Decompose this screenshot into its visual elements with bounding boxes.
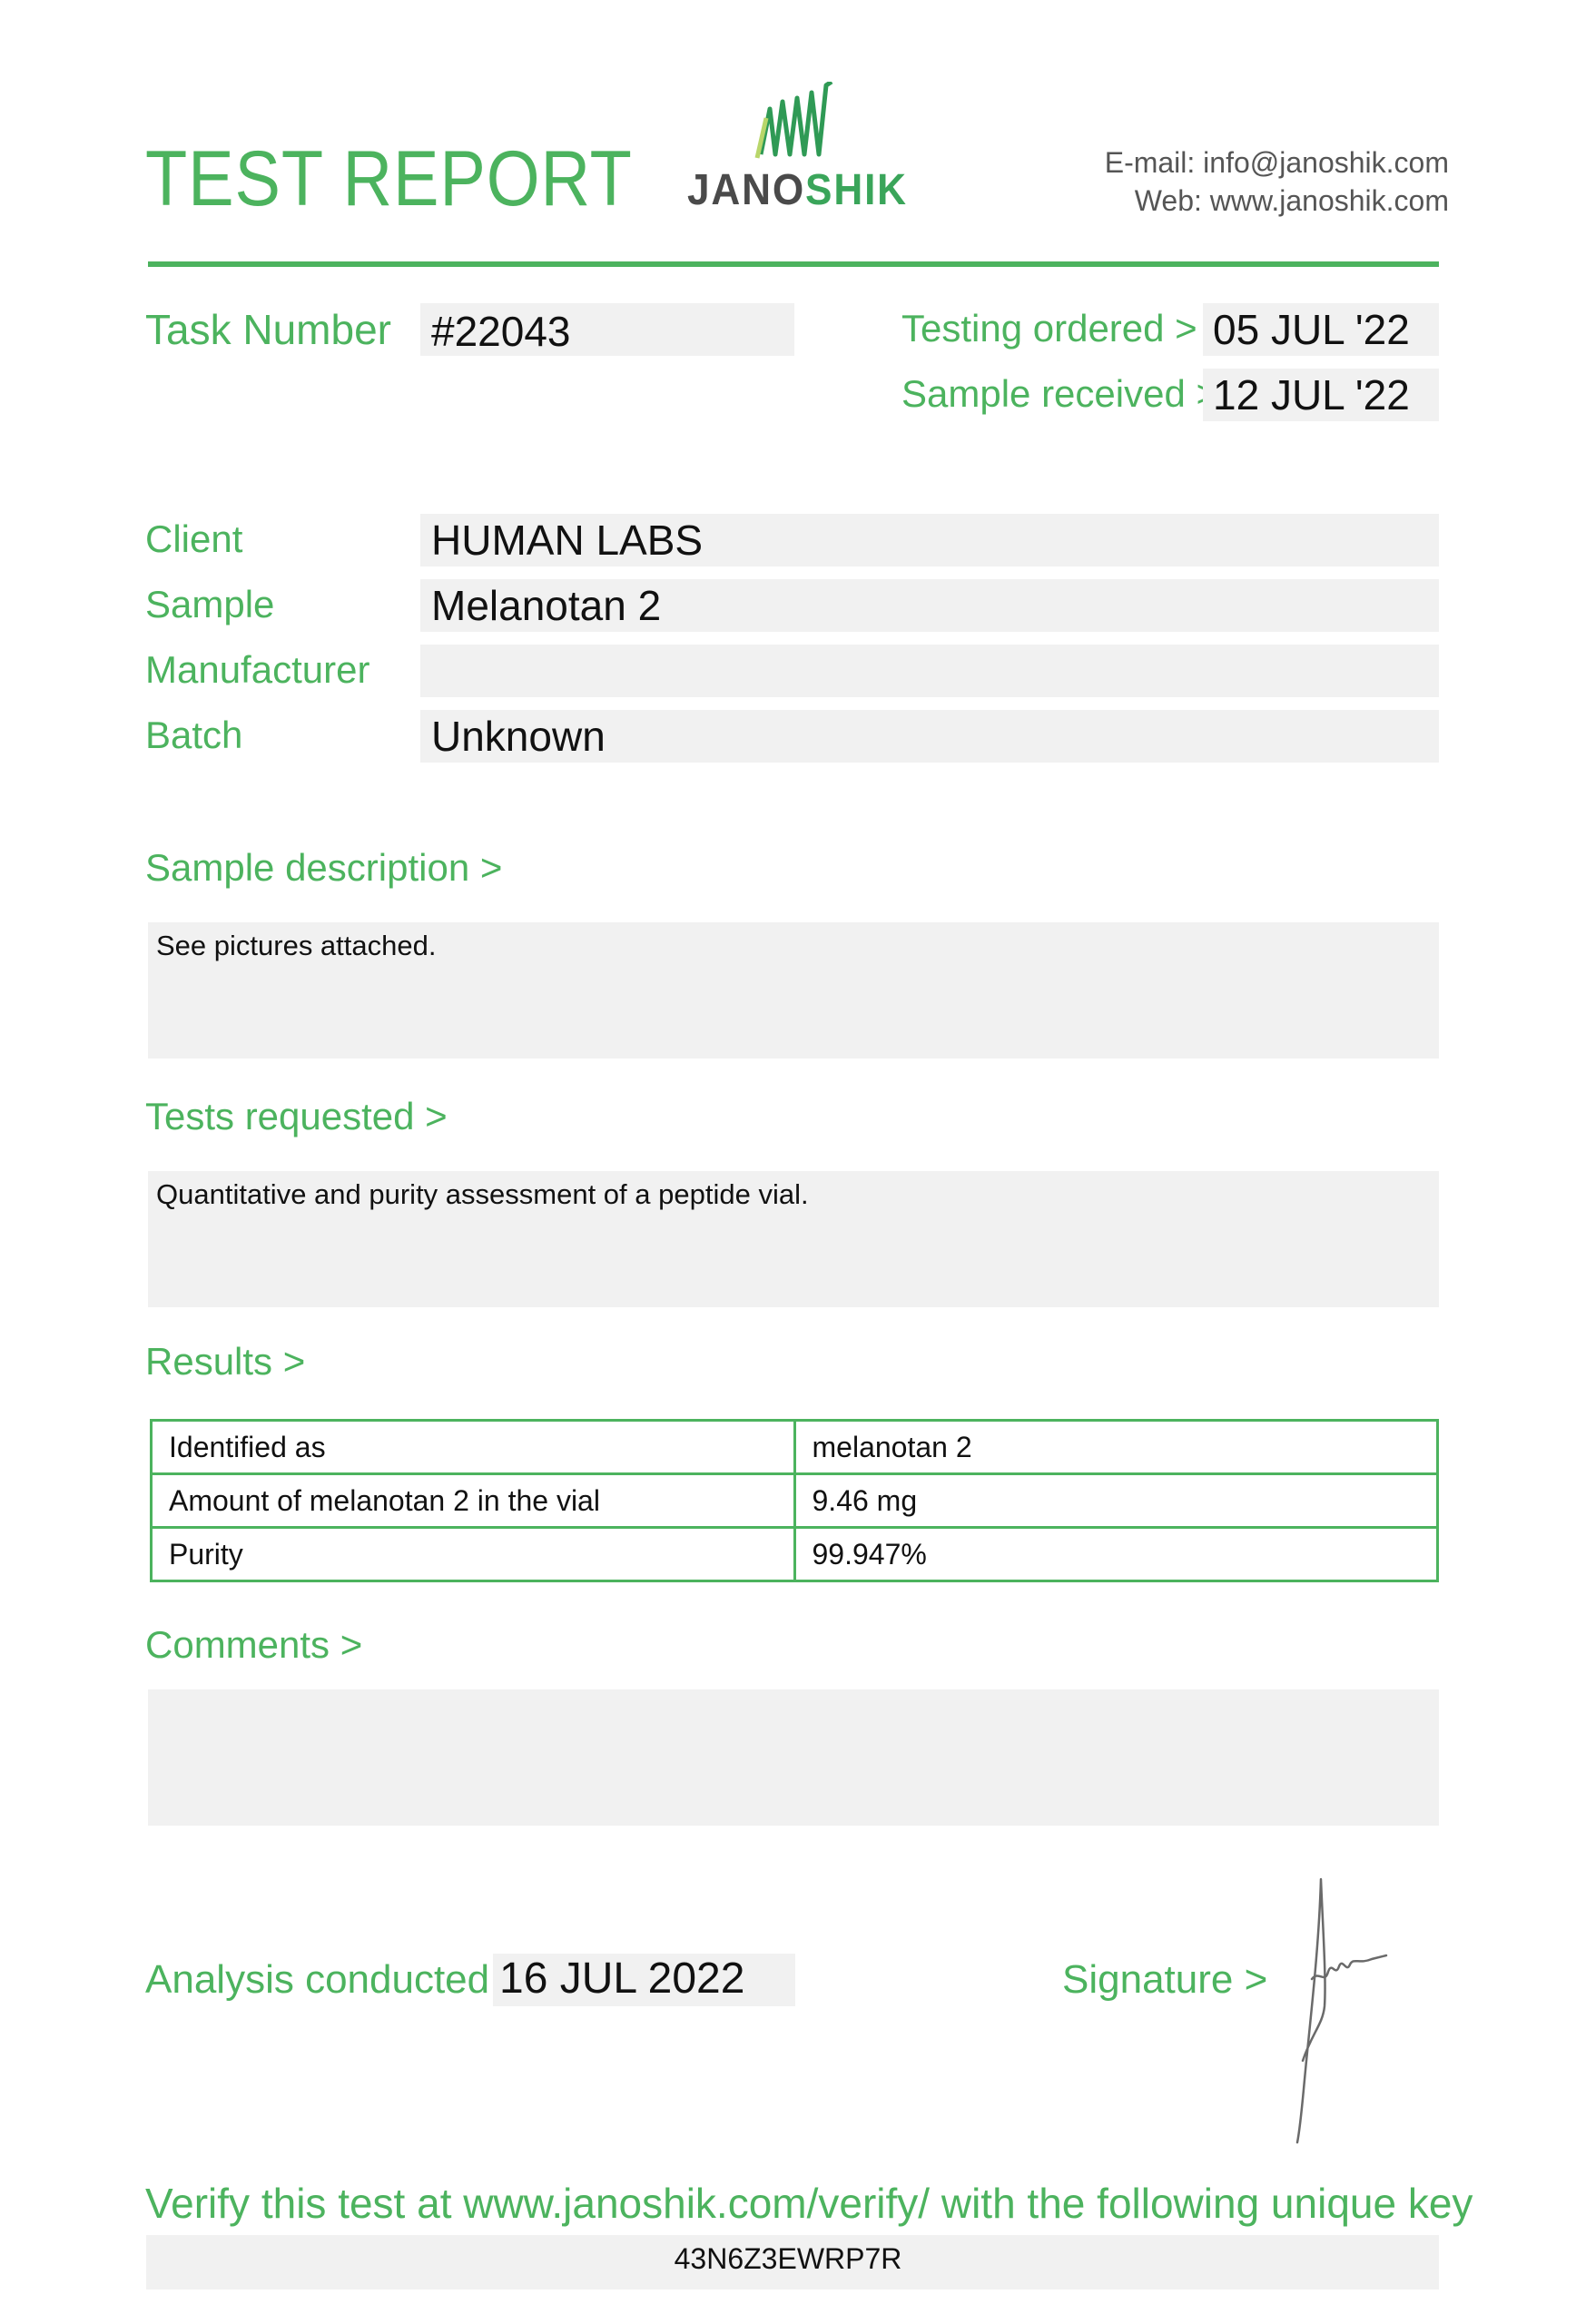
task-number-label: Task Number [145, 305, 391, 354]
signature-label: Signature > [1062, 1957, 1267, 2003]
result-value: 9.46 mg [794, 1474, 1438, 1528]
result-label: Identified as [152, 1421, 795, 1474]
table-row: Identified as melanotan 2 [152, 1421, 1438, 1474]
unique-key-value: 43N6Z3EWRP7R [0, 2242, 1576, 2276]
task-number-value: #22043 [431, 307, 571, 356]
client-value: HUMAN LABS [431, 516, 703, 565]
brand-part-2: SHIK [805, 166, 908, 214]
results-title: Results > [145, 1340, 305, 1384]
comments-box [148, 1689, 1439, 1826]
tests-requested-title: Tests requested > [145, 1095, 448, 1138]
result-value: 99.947% [794, 1528, 1438, 1581]
sample-label: Sample [145, 583, 274, 626]
results-table: Identified as melanotan 2 Amount of mela… [150, 1419, 1439, 1582]
analysis-conducted-label: Analysis conducted > [145, 1957, 524, 2003]
brand-logo-text: JANOSHIK [687, 165, 908, 215]
report-title: TEST REPORT [145, 134, 633, 224]
testing-ordered-label: Testing ordered > [901, 307, 1197, 350]
sample-description-title: Sample description > [145, 846, 502, 890]
manufacturer-label: Manufacturer [145, 648, 369, 692]
tests-requested-text: Quantitative and purity assessment of a … [156, 1178, 809, 1211]
sample-description-text: See pictures attached. [156, 930, 436, 962]
header-divider [148, 261, 1439, 267]
batch-value: Unknown [431, 712, 606, 761]
signature-icon [1285, 1870, 1403, 2161]
table-row: Amount of melanotan 2 in the vial 9.46 m… [152, 1474, 1438, 1528]
sample-value: Melanotan 2 [431, 581, 661, 630]
client-label: Client [145, 517, 242, 561]
batch-label: Batch [145, 714, 242, 757]
contact-email: E-mail: info@janoshik.com [1105, 143, 1449, 182]
contact-info: E-mail: info@janoshik.com Web: www.janos… [1105, 143, 1449, 220]
testing-ordered-value: 05 JUL '22 [1213, 305, 1410, 354]
table-row: Purity 99.947% [152, 1528, 1438, 1581]
brand-part-1: JANO [687, 166, 805, 214]
janoshik-logo-icon [754, 82, 844, 163]
sample-received-value: 12 JUL '22 [1213, 370, 1410, 419]
comments-title: Comments > [145, 1623, 362, 1667]
verify-instructions: Verify this test at www.janoshik.com/ver… [145, 2179, 1473, 2228]
result-label: Amount of melanotan 2 in the vial [152, 1474, 795, 1528]
sample-received-label: Sample received > [901, 372, 1218, 416]
manufacturer-field [420, 645, 1439, 697]
analysis-conducted-value: 16 JUL 2022 [499, 1954, 744, 2004]
result-value: melanotan 2 [794, 1421, 1438, 1474]
result-label: Purity [152, 1528, 795, 1581]
contact-web: Web: www.janoshik.com [1105, 182, 1449, 220]
